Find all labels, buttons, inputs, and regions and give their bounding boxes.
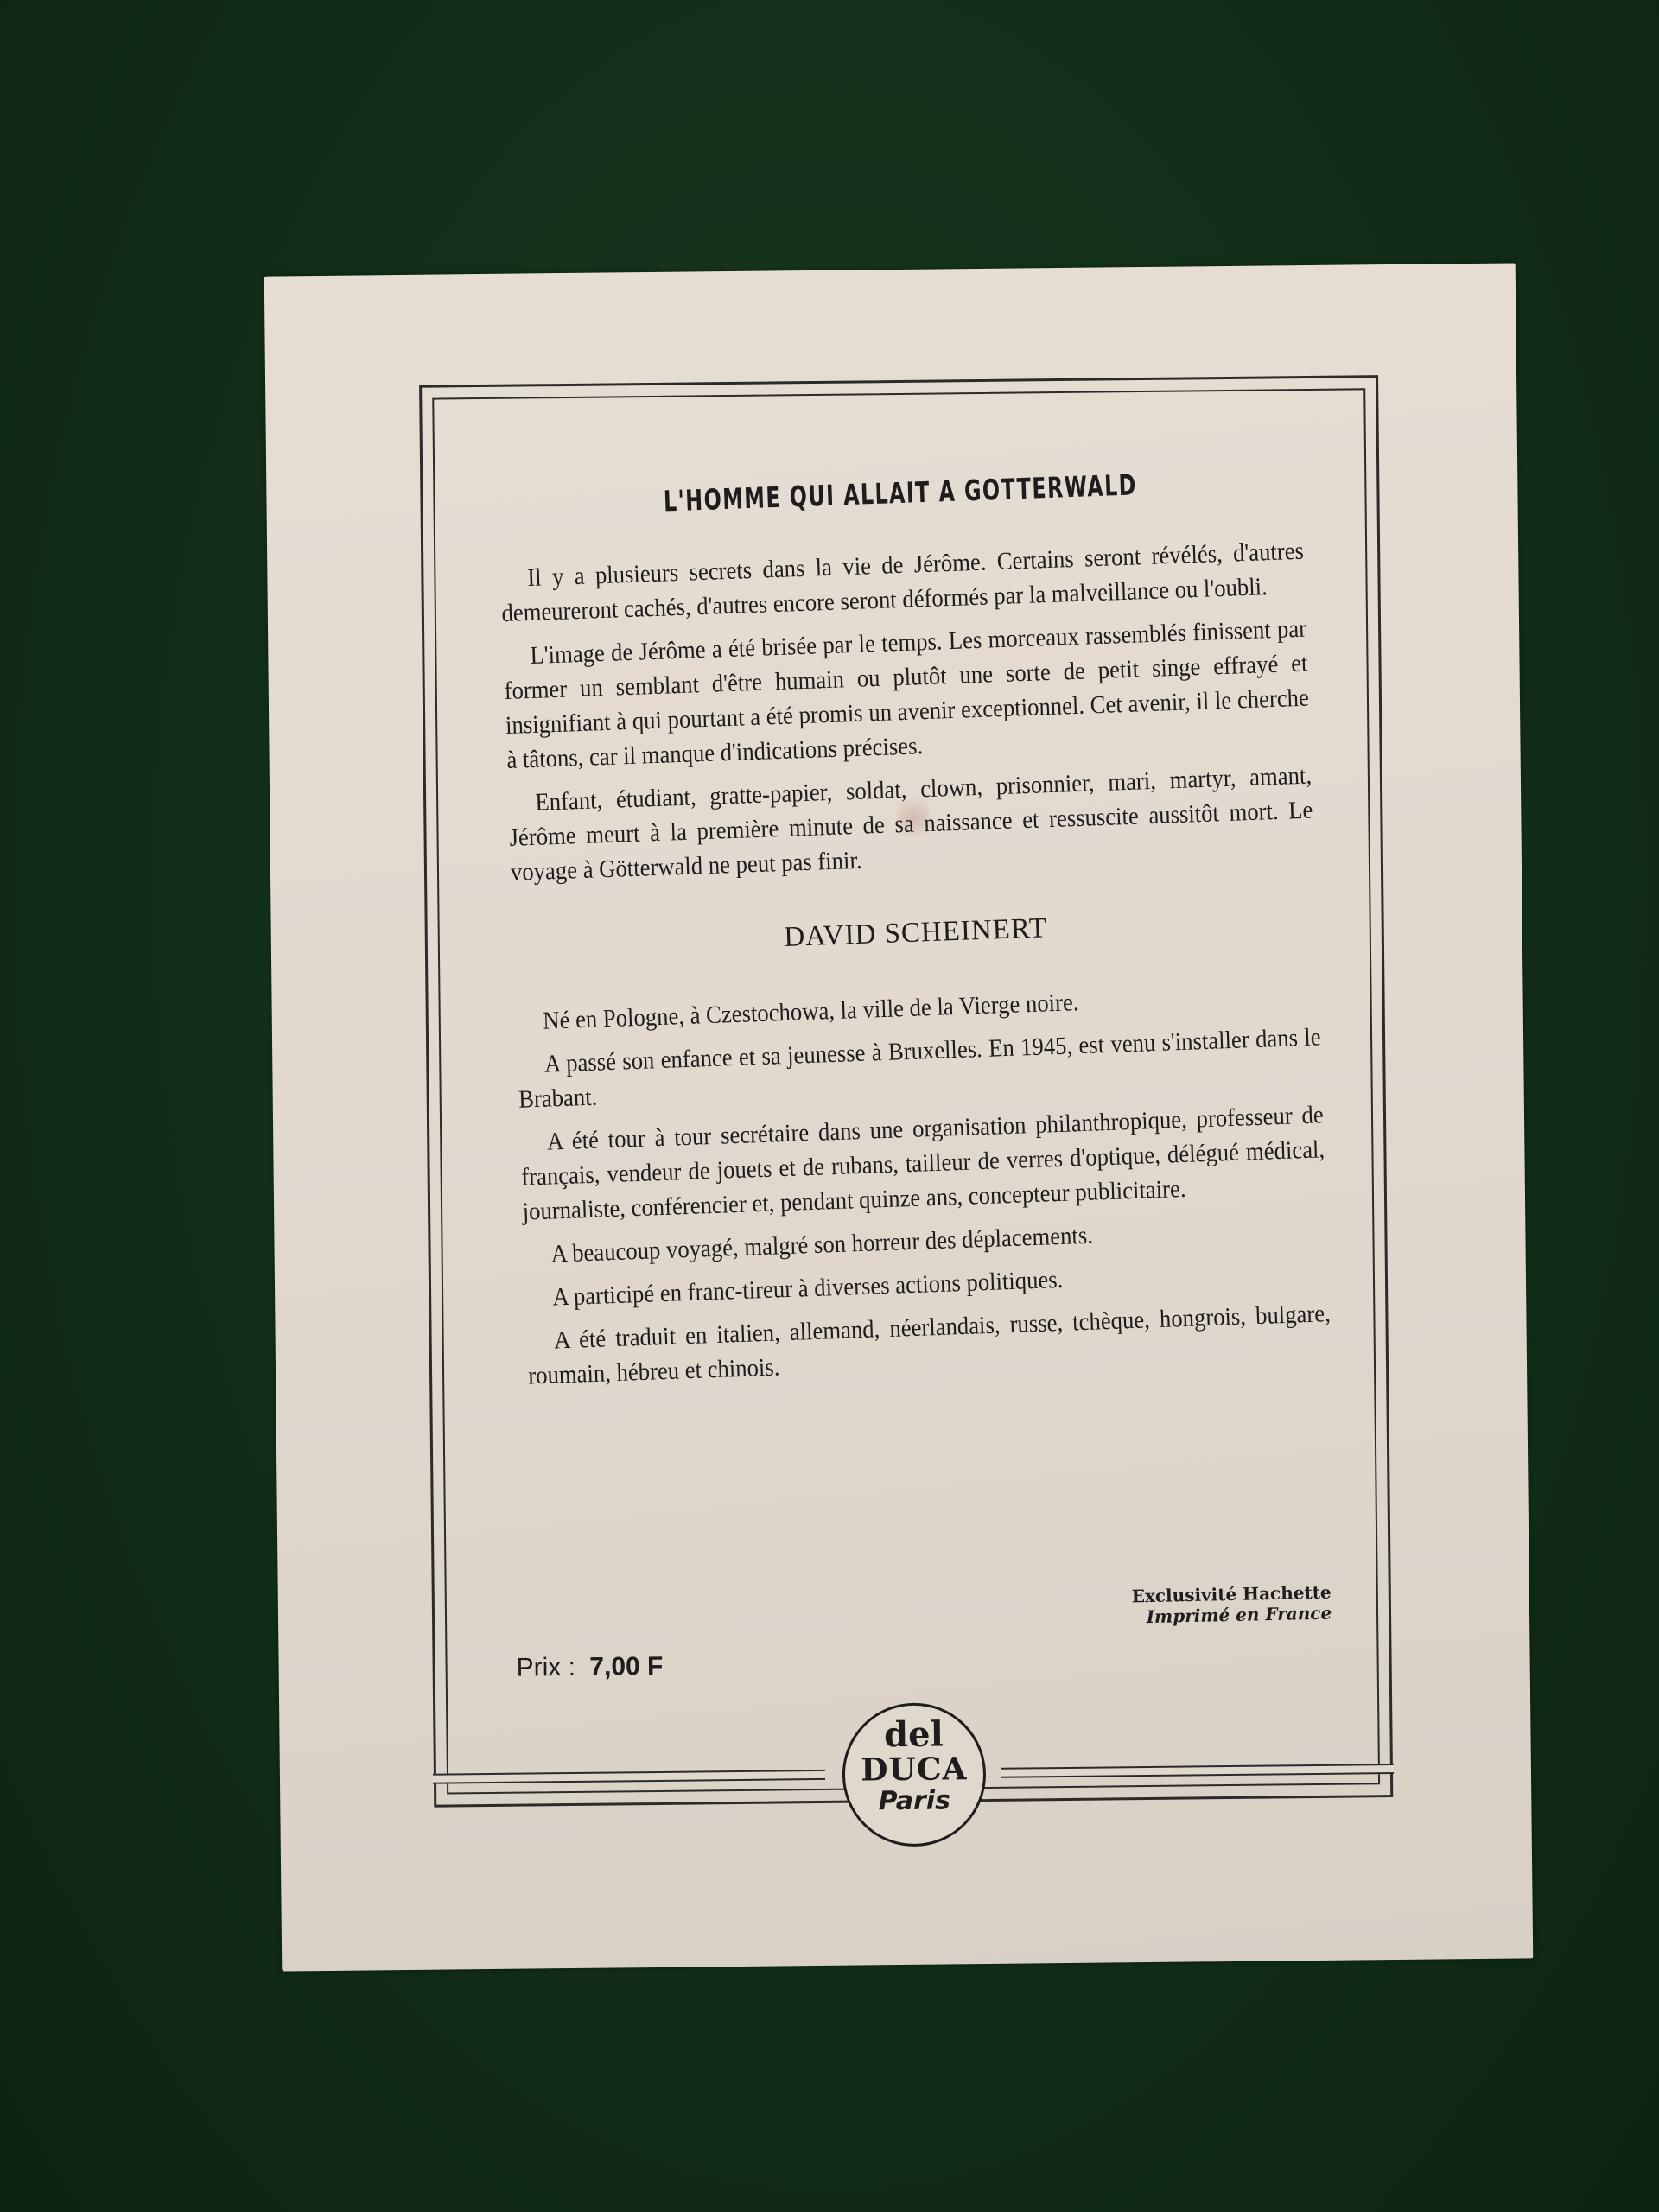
cover-text-block: L'HOMME QUI ALLAIT A GOTTERWALD Il y a p… <box>498 462 1334 1402</box>
synopsis-paragraph: Enfant, étudiant, gratte-papier, soldat,… <box>507 759 1314 890</box>
book-back-cover: L'HOMME QUI ALLAIT A GOTTERWALD Il y a p… <box>264 263 1533 1971</box>
double-border-frame: L'HOMME QUI ALLAIT A GOTTERWALD Il y a p… <box>419 375 1393 1808</box>
logo-line-3: Paris <box>845 1786 983 1817</box>
price: Prix : 7,00 F <box>516 1652 663 1683</box>
logo-rule-right <box>1001 1764 1394 1778</box>
price-label: Prix : <box>516 1653 575 1682</box>
publisher-logo-row: del DUCA Paris <box>435 1698 1391 1853</box>
synopsis-paragraph: L'image de Jérôme a été brisée par le te… <box>503 612 1311 778</box>
logo-line-2: DUCA <box>845 1751 983 1788</box>
logo-rule-left <box>433 1770 825 1784</box>
del-duca-logo: del DUCA Paris <box>842 1702 987 1847</box>
price-value: 7,00 F <box>589 1652 663 1681</box>
publisher-credits: Exclusivité Hachette Imprimé en France <box>1131 1582 1332 1628</box>
biography-paragraph: A été tour à tour secrétaire dans une or… <box>519 1097 1326 1229</box>
printed-in-note: Imprimé en France <box>1132 1603 1332 1628</box>
author-name: DAVID SCHEINERT <box>512 903 1319 963</box>
logo-line-1: del <box>844 1717 982 1753</box>
